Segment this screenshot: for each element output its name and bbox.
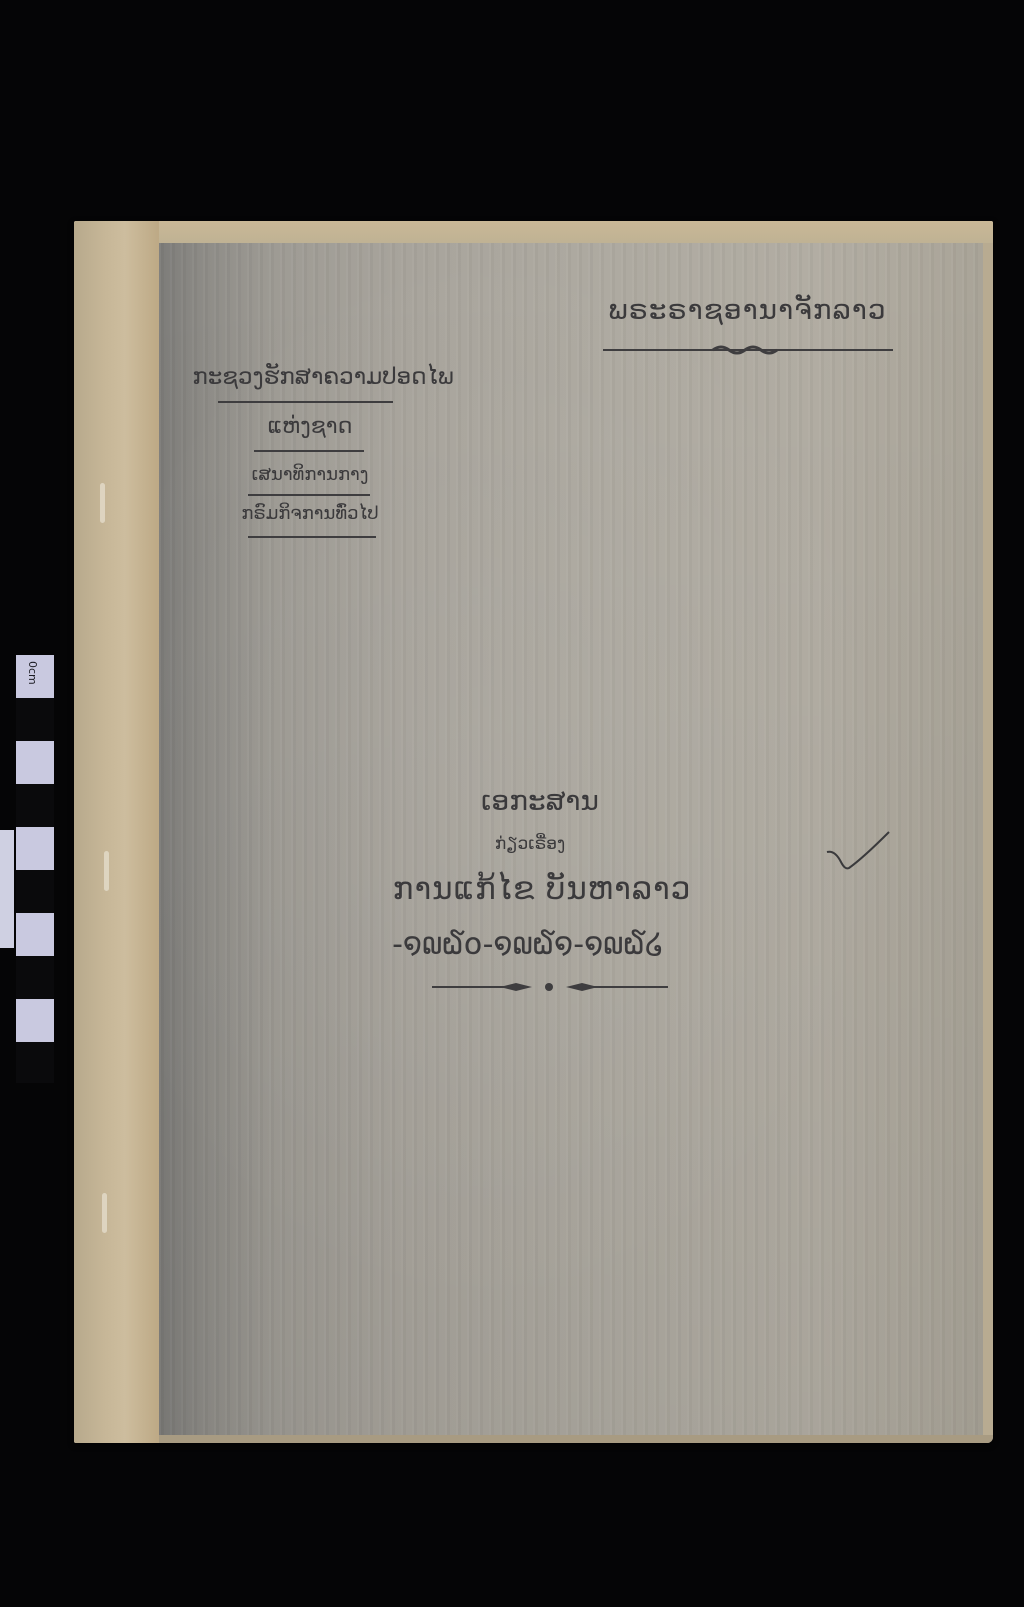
- scale-segment: [16, 913, 54, 956]
- issuer-staff: ເສນາທິການກາງ: [215, 464, 405, 485]
- staple-hole: [102, 1193, 107, 1233]
- handwritten-checkmark-icon: [825, 830, 895, 880]
- document-heading: ເອກະສານ: [430, 784, 650, 817]
- scale-segment: [16, 999, 54, 1042]
- staple-hole: [104, 851, 109, 891]
- staple-hole: [100, 483, 105, 523]
- binding-spine: [74, 221, 159, 1443]
- scale-segment: [16, 741, 54, 784]
- kingdom-header: ພຣະຣາຊອານາຈັກລາວ: [585, 293, 910, 326]
- scale-label: 0cm: [26, 661, 39, 685]
- right-edge: [983, 243, 993, 1435]
- issuer-department: ກຣົມກິຈການທົ່ວໄປ: [200, 503, 420, 524]
- underline: [254, 450, 364, 452]
- document-years: -໑໙໖໐-໑໙໖໑-໑໙໖໒: [363, 927, 693, 962]
- underline: [218, 401, 393, 403]
- scale-segment: [16, 827, 54, 870]
- document-subheading: ກ່ຽວເຣື່ອງ: [470, 834, 590, 854]
- catalog-tag: [0, 830, 14, 948]
- document-subject: ການແກ້ໄຂ ບັນຫາລາວ: [362, 871, 722, 907]
- measurement-scale-bar: 0cm: [16, 655, 54, 1083]
- top-edge: [159, 221, 993, 243]
- underline: [248, 494, 370, 496]
- ornamental-divider: [432, 980, 668, 994]
- ornamental-rule: [603, 343, 893, 357]
- issuer-national: ແຫ່ງຊາດ: [230, 414, 390, 439]
- issuer-ministry: ກະຊວງຮັກສາຄວາມປອດໄພ: [158, 364, 488, 390]
- underline: [248, 536, 376, 538]
- bottom-edge: [159, 1435, 993, 1443]
